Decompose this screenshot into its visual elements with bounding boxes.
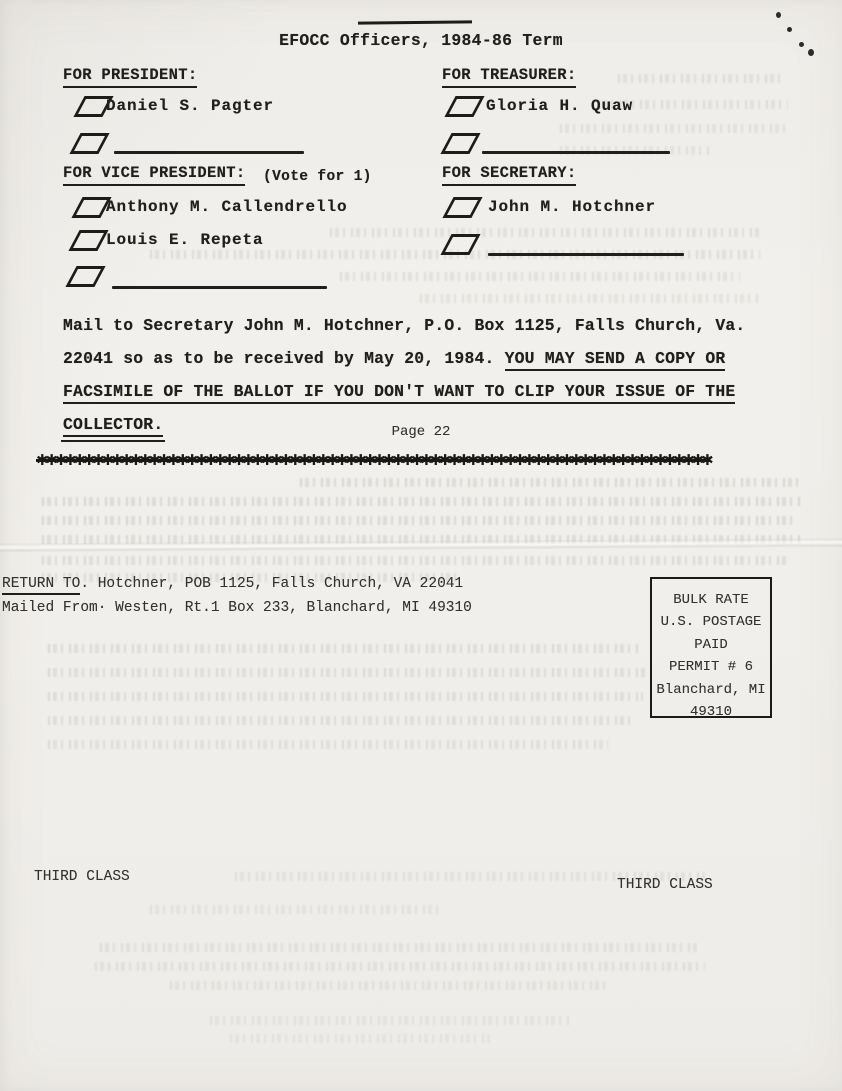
bleedthrough-line <box>150 905 440 914</box>
bleedthrough-line <box>230 1034 490 1043</box>
instructions-line3: FACSIMILE OF THE BALLOT IF YOU DON'T WAN… <box>63 375 745 408</box>
permit-line: 49310 <box>652 701 770 723</box>
scanned-ballot-page: EFOCC Officers, 1984-86 Term FOR PRESIDE… <box>0 0 842 1091</box>
office-header-treasurer: FOR TREASURER: <box>442 66 576 88</box>
third-class-left: THIRD CLASS <box>34 869 130 885</box>
return-to-address: . Hotchner, POB 1125, Falls Church, VA 2… <box>80 576 463 592</box>
ink-dot <box>808 49 814 56</box>
bleedthrough-line <box>210 1016 570 1025</box>
bleedthrough-line <box>100 943 700 952</box>
office-header-vice-president: FOR VICE PRESIDENT: <box>63 164 245 186</box>
bleedthrough-line <box>48 668 648 677</box>
vote-for-note: (Vote for 1) <box>263 169 372 185</box>
bleedthrough-line <box>560 124 788 133</box>
ballot-checkbox <box>68 230 108 251</box>
ballot-checkbox <box>442 197 482 218</box>
postage-permit-box: BULK RATE U.S. POSTAGE PAID PERMIT # 6 B… <box>650 577 772 718</box>
third-class-right: THIRD CLASS <box>617 877 713 893</box>
bleedthrough-line <box>618 74 783 83</box>
ballot-checkbox-writein <box>65 266 105 287</box>
write-in-line <box>112 286 327 289</box>
office-header-president: FOR PRESIDENT: <box>63 66 197 88</box>
bleedthrough-line <box>48 644 638 653</box>
office-header-secretary: FOR SECRETARY: <box>442 164 576 186</box>
bleedthrough-line <box>300 478 800 487</box>
return-address-line: RETURN TO. Hotchner, POB 1125, Falls Chu… <box>2 576 463 592</box>
instructions-line1: Mail to Secretary John M. Hotchner, P.O.… <box>63 309 745 342</box>
ballot-checkbox-writein <box>440 133 480 154</box>
bleedthrough-line <box>170 981 610 990</box>
candidate-name: Gloria H. Quaw <box>486 97 633 115</box>
bleedthrough-line <box>48 740 608 749</box>
bleedthrough-line <box>42 516 792 525</box>
ink-dot <box>776 12 781 18</box>
bleedthrough-line <box>48 716 633 725</box>
bleedthrough-line <box>340 272 740 281</box>
asterisk-separator: ✱✱✱✱✱✱✱✱✱✱✱✱✱✱✱✱✱✱✱✱✱✱✱✱✱✱✱✱✱✱✱✱✱✱✱✱✱✱✱✱… <box>36 451 748 469</box>
page-number: Page 22 <box>0 424 842 440</box>
write-in-line <box>114 151 304 154</box>
page-title: EFOCC Officers, 1984-86 Term <box>0 31 842 50</box>
bleedthrough-line <box>42 556 787 565</box>
instructions-line2: 22041 so as to be received by May 20, 19… <box>63 342 745 375</box>
permit-line: BULK RATE <box>652 589 770 611</box>
ballot-checkbox-writein <box>69 133 109 154</box>
mailed-from-line: Mailed From· Westen, Rt.1 Box 233, Blanc… <box>2 600 472 616</box>
write-in-line <box>488 253 684 256</box>
bleedthrough-line <box>420 294 760 303</box>
candidate-name: Louis E. Repeta <box>106 231 264 249</box>
bleedthrough-line <box>48 692 643 701</box>
permit-line: PAID <box>652 634 770 656</box>
permit-line: U.S. POSTAGE <box>652 611 770 633</box>
candidate-name: Daniel S. Pagter <box>106 97 274 115</box>
return-to-label: RETURN TO <box>2 576 80 595</box>
candidate-name: John M. Hotchner <box>488 198 656 216</box>
mailing-instructions: Mail to Secretary John M. Hotchner, P.O.… <box>63 309 745 441</box>
title-overline <box>358 20 472 24</box>
write-in-line <box>482 151 670 154</box>
candidate-name: Anthony M. Callendrello <box>106 198 348 216</box>
bleedthrough-line <box>95 962 705 971</box>
permit-line: PERMIT # 6 <box>652 656 770 678</box>
bleedthrough-line <box>42 497 800 506</box>
permit-line: Blanchard, MI <box>652 679 770 701</box>
ballot-checkbox <box>444 96 484 117</box>
bleedthrough-line <box>330 228 760 237</box>
